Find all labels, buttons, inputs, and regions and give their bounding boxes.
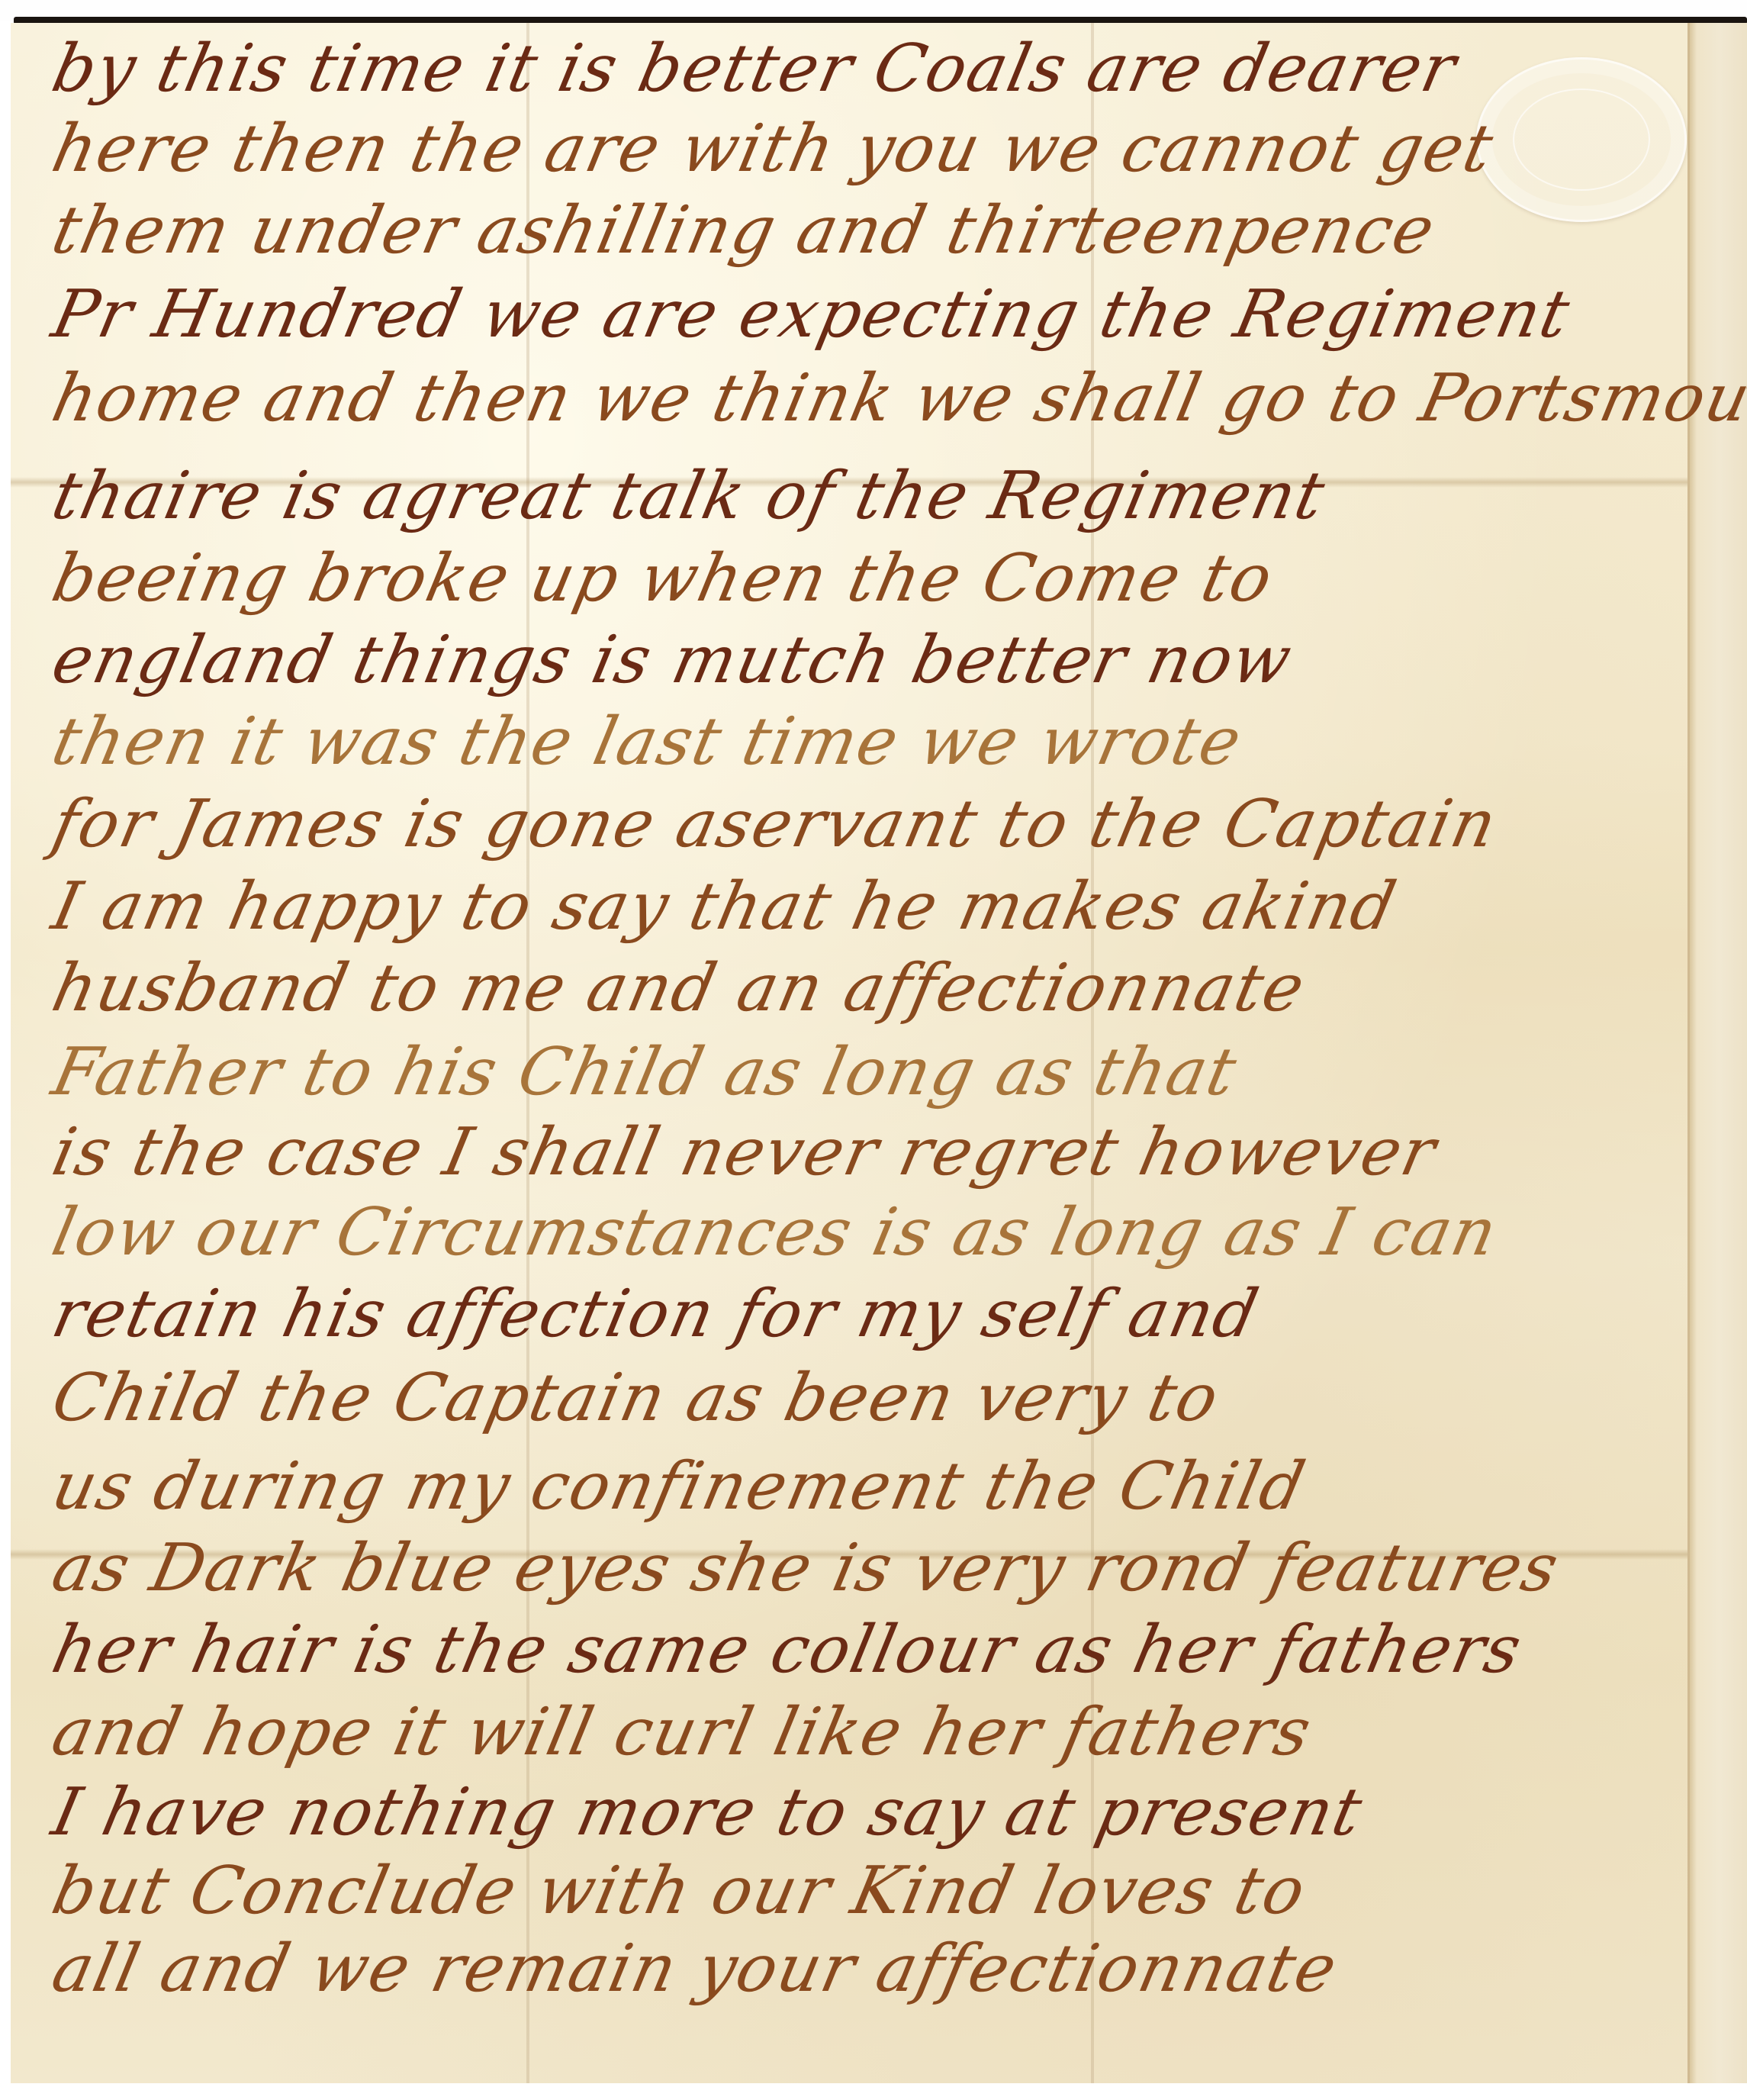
letter-line-text: home and then we think we shall go to Po…	[46, 360, 1747, 436]
letter-line: them under ashilling and thirteenpence	[46, 192, 1442, 269]
letter-line: low our Circumstances is as long as I ca…	[46, 1194, 1504, 1271]
letter-line: I have nothing more to say at present	[46, 1774, 1369, 1850]
letter-line: england things is mutch better now	[46, 622, 1299, 698]
letter-line: and hope it will curl like her fathers	[46, 1694, 1318, 1770]
letter-line: as Dark blue eyes she is very rond featu…	[46, 1530, 1566, 1606]
letter-line: but Conclude with our Kind loves to	[46, 1853, 1313, 1929]
letter-line: us during my confinement the Child	[46, 1448, 1313, 1525]
letter-line: her hair is the same collour as her fath…	[46, 1612, 1529, 1688]
letter-line: retain his affection for my self and	[46, 1276, 1266, 1352]
scan-background-bottom	[0, 2083, 1747, 2100]
letter-line: Pr Hundred we are expecting the Regiment	[46, 276, 1577, 353]
paper-fold-strip	[1687, 23, 1747, 2083]
letter-line: then it was the last time we wrote	[46, 704, 1249, 780]
letter-line: for James is gone aservant to the Captai…	[46, 786, 1504, 862]
embossed-seal-inner-ring	[1513, 89, 1650, 191]
letter-line: husband to me and an affectionnate	[46, 950, 1312, 1026]
letter-line: here then the are with you we cannot get	[46, 111, 1501, 187]
letter-line: home and then we think we shall go to Po…	[46, 360, 1747, 436]
letter-line: beeing broke up when the Come to	[46, 540, 1280, 617]
letter-line: Child the Captain as been very to	[46, 1360, 1226, 1436]
letter-line: I am happy to say that he makes akind	[46, 868, 1404, 945]
letter-line: Father to his Child as long as that	[46, 1034, 1244, 1110]
letter-line: is the case I shall never regret however	[46, 1114, 1443, 1190]
letter-line: by this time it is better Coals are dear…	[46, 31, 1464, 107]
letter-line: thaire is agreat talk of the Regiment	[46, 458, 1332, 534]
embossed-seal-icon	[1476, 57, 1687, 222]
letter-line: all and we remain your affectionnate	[46, 1931, 1344, 2007]
